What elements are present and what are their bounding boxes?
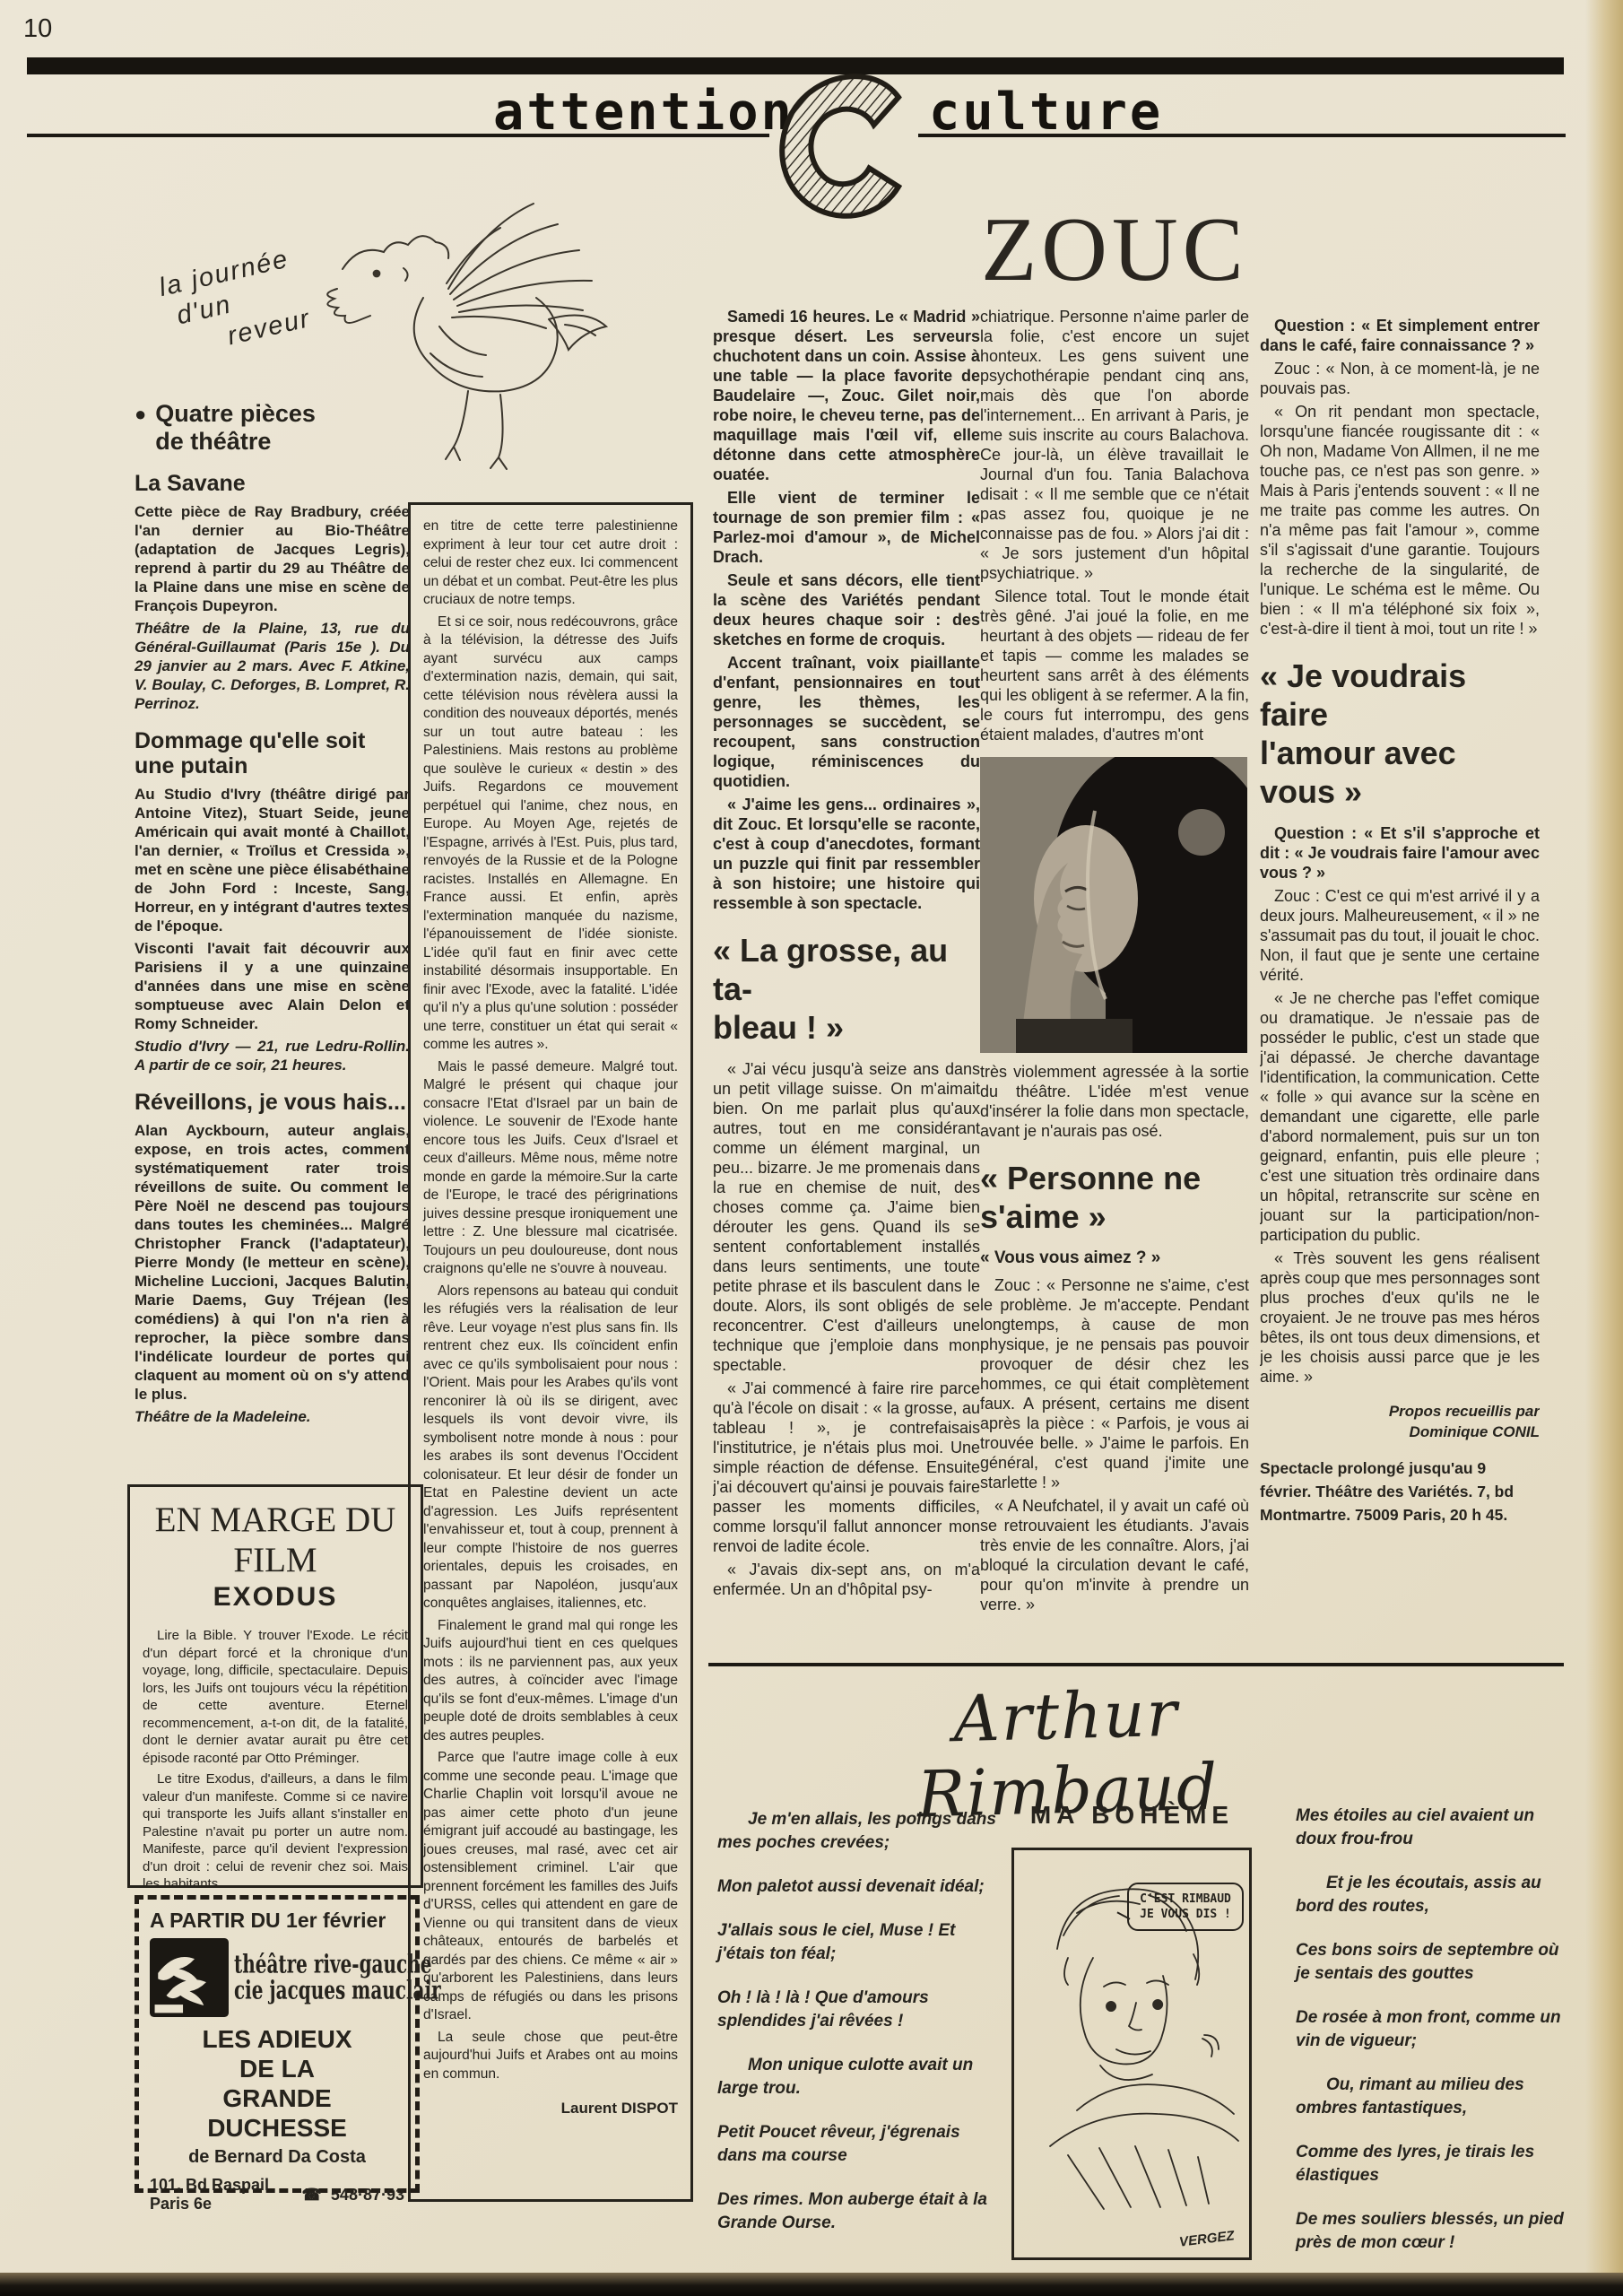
article-title: Réveillons, je vous hais... [135,1090,410,1115]
zouc-column-2: chiatrique. Personne n'aime parler de la… [980,307,1249,1618]
poem-stanza: Mon unique culotte avait un large trou. [717,2054,1002,2100]
paragraph: « J'avais dix-sept ans, on m'a enfermée.… [713,1560,980,1599]
rimbaud-sketch: C'EST RIMBAUD JE VOUS DIS ! VERGEZ [1011,1848,1252,2260]
paragraph: Visconti l'avait fait découvrir aux Pari… [135,939,410,1033]
zouc-col1-top: Samedi 16 heures. Le « Madrid » presque … [713,307,980,913]
exodus-title: EN MARGE DU FILM [143,1500,408,1580]
paragraph: Zouc : « Personne ne s'aime, c'est le pr… [980,1275,1249,1492]
theatre-articles: La SavaneCette pièce de Ray Bradbury, cr… [135,471,410,1426]
poem-stanza: Comme des lyres, je tirais les élastique… [1296,2141,1574,2187]
crosshead: l'amour avec [1260,734,1540,772]
zouc-col3-top: Question : « Et simplement entrer dans l… [1260,316,1540,639]
ad-address: 101, Bd Raspail Paris 6e [150,2176,293,2213]
poem-stanza: Des rimes. Mon auberge était à la Grande… [717,2188,1002,2235]
ad-brand: théâtre rive-gauche cie jacques mauclair [234,1952,514,2004]
paragraph: très violemment agressée à la sortie du … [980,1062,1249,1141]
zouc-column-1: Samedi 16 heures. Le « Madrid » presque … [713,307,980,1603]
heading-grosse: « La grosse, au ta-bleau ! » [713,931,980,1047]
ad-show-line: DE LA [150,2054,404,2083]
dreamer-caption: la journée d'un reveur [156,242,314,365]
theatre-column: ● Quatre pièces de théâtre La SavaneCett… [135,400,410,1430]
zouc-col3-rest: Question : « Et s'il s'approche et dit :… [1260,823,1540,1387]
byline-line: Propos recueillis par [1260,1401,1540,1422]
header-underline-right [918,134,1566,137]
ad-brand-row: théâtre rive-gauche cie jacques mauclair [150,1938,404,2017]
paragraph: Le titre Exodus, d'ailleurs, a dans le f… [143,1770,408,1888]
rimbaud-section-rule [708,1663,1564,1666]
section-heading-text: Quatre pièces de théâtre [155,400,348,456]
paragraph: Zouc : « Non, à ce moment-là, je ne pouv… [1260,359,1540,398]
paragraph: « A Neufchatel, il y avait un café où se… [980,1496,1249,1614]
subhead-vous-vous-aimez: « Vous vous aimez ? » [980,1248,1249,1268]
paragraph: « J'aime les gens... ordinaires », dit Z… [713,795,980,913]
paragraph: Accent traînant, voix piaillante d'enfan… [713,653,980,791]
paragraph: en titre de cette terre palestinienne ex… [423,517,678,610]
paragraph: Alors repensons au bateau qui conduit le… [423,1283,678,1613]
zouc-col1-rest: « J'ai vécu jusqu'à seize ans dans un pe… [713,1059,980,1599]
speech-bubble: C'EST RIMBAUD JE VOUS DIS ! [1127,1883,1244,1931]
ad-brand-line: théâtre rive-gauche [234,1951,441,1978]
venue-info: Spectacle prolongé jusqu'au 9 février. T… [1260,1457,1540,1526]
paragraph: Question : « Et simplement entrer dans l… [1260,316,1540,355]
paragraph: Alan Ayckbourn, auteur anglais, expose, … [135,1121,410,1404]
crosshead: bleau ! » [713,1008,980,1047]
poem-stanza: De rosée à mon front, comme un vin de vi… [1296,2006,1574,2053]
paragraph: La seule chose que peut-être aujourd'hui… [423,2029,678,2084]
paragraph: « On rit pendant mon spectacle, lorsqu'u… [1260,402,1540,639]
article-title: Dommage qu'elle soit une putain [135,728,410,778]
c-ornament-icon [769,66,929,221]
zouc-col2-top: chiatrique. Personne n'aime parler de la… [980,307,1249,744]
phone-icon: ☎ [302,2186,322,2205]
paragraph: Question : « Et s'il s'approche et dit :… [1260,823,1540,883]
crosshead: « Personne ne [980,1159,1249,1197]
paragraph: « Je ne cherche pas l'effet comique ou d… [1260,988,1540,1245]
ad-kicker: A PARTIR DU 1er février [150,1909,404,1933]
zouc-portrait-photo [980,757,1247,1053]
paragraph: Au Studio d'Ivry (théâtre dirigé par Ant… [135,785,410,935]
exodus-left-text: Lire la Bible. Y trouver l'Exode. Le réc… [143,1627,408,1888]
poem-stanza: De mes souliers blessés, un pied près de… [1296,2208,1574,2255]
paragraph: Lire la Bible. Y trouver l'Exode. Le réc… [143,1627,408,1767]
poem-right-column: Mes étoiles au ciel avaient un doux frou… [1296,1805,1574,2275]
poem-stanza: Ces bons soirs de septembre où je sentai… [1296,1939,1574,1986]
crosshead: « Je voudrais faire [1260,657,1540,734]
poem-stanza: Mes étoiles au ciel avaient un doux frou… [1296,1805,1574,1851]
poem-stanza: Je m'en allais, les poings dans mes poch… [717,1808,1002,1855]
page-number: 10 [23,14,52,44]
zouc-col2-rest: Zouc : « Personne ne s'aime, c'est le pr… [980,1275,1249,1614]
ad-show-line: GRANDE DUCHESSE [150,2083,404,2143]
paragraph: Studio d'Ivry — 21, rue Ledru-Rollin. A … [135,1037,410,1074]
poem-stanza: J'allais sous le ciel, Muse ! Et j'étais… [717,1919,1002,1966]
poem-stanza: Ou, rimant au milieu des ombres fantasti… [1296,2074,1574,2120]
zouc-column-3: Question : « Et simplement entrer dans l… [1260,316,1540,1526]
paragraph: Silence total. Tout le monde était très … [980,587,1249,744]
poem-left-column: Je m'en allais, les poings dans mes poch… [717,1808,1002,2256]
byline-line: Dominique CONIL [1260,1422,1540,1442]
bullet-icon: ● [135,400,146,456]
exodus-right-text: en titre de cette terre palestinienne ex… [423,517,678,2083]
exodus-box-left: EN MARGE DU FILM EXODUS Lire la Bible. Y… [127,1484,423,1888]
interview-byline: Propos recueillis parDominique CONIL [1260,1401,1540,1442]
paragraph: « Très souvent les gens réalisent après … [1260,1248,1540,1387]
poem-stanza: Oh ! là ! là ! Que d'amours splendides j… [717,1987,1002,2033]
exodus-box-right: en titre de cette terre palestinienne ex… [408,502,693,2202]
ad-phone: 548·87·93 [331,2186,404,2205]
ad-show-line: LES ADIEUX [150,2024,404,2054]
poem-title: MA BOHÈME [1009,1801,1255,1830]
paragraph: « J'ai vécu jusqu'à seize ans dans un pe… [713,1059,980,1375]
ad-address-row: 101, Bd Raspail Paris 6e ☎ 548·87·93 [150,2176,404,2213]
paragraph: Elle vient de terminer le tournage de so… [713,488,980,567]
header-underline-left [27,134,769,137]
newspaper-page: 10 attention culture la journée d'un rev… [0,0,1623,2296]
paragraph: Samedi 16 heures. Le « Madrid » presque … [713,307,980,484]
paragraph: Théâtre de la Madeleine. [135,1407,410,1426]
heading-personne: « Personne nes'aime » [980,1159,1249,1236]
theatre-ad: A PARTIR DU 1er février théâtre rive-gau… [135,1895,420,2193]
paragraph: Zouc : C'est ce qui m'est arrivé il y a … [1260,886,1540,985]
poem-right-stanzas: Mes étoiles au ciel avaient un doux frou… [1296,1805,1574,2255]
ad-brand-line: cie jacques mauclair [234,1977,441,2004]
paragraph: « J'ai commencé à faire rire parce qu'à … [713,1378,980,1556]
poem-stanza: Mon paletot aussi devenait idéal; [717,1875,1002,1899]
crosshead: « La grosse, au ta- [713,931,980,1008]
heading-amour: « Je voudrais fairel'amour avecvous » [1260,657,1540,811]
poem-stanza: Petit Poucet rêveur, j'égrenais dans ma … [717,2121,1002,2168]
ad-author: de Bernard Da Costa [150,2147,404,2168]
paragraph: Cette pièce de Ray Bradbury, créée l'an … [135,502,410,615]
zouc-col2-after-photo: très violemment agressée à la sortie du … [980,1062,1249,1141]
paragraph: Seule et sans décors, elle tient la scèn… [713,570,980,649]
scan-edge-right [1585,0,1623,2296]
crosshead: vous » [1260,772,1540,811]
paragraph: Et si ce soir, nous redécouvrons, grâce … [423,613,678,1055]
paragraph: Finalement le grand mal qui ronge les Ju… [423,1617,678,1746]
zouc-article-title: ZOUC [981,197,1248,302]
paragraph: Mais le passé demeure. Malgré tout. Malg… [423,1058,678,1279]
crosshead: s'aime » [980,1197,1249,1236]
poem-left-stanzas: Je m'en allais, les poings dans mes poch… [717,1808,1002,2235]
paragraph: chiatrique. Personne n'aime parler de la… [980,307,1249,583]
dove-logo-icon [150,1938,229,2017]
ad-show-title: LES ADIEUX DE LA GRANDE DUCHESSE [150,2024,404,2143]
scan-edge-bottom [0,2273,1623,2296]
paragraph: Théâtre de la Plaine, 13, rue du Général… [135,619,410,713]
exodus-byline: Laurent DISPOT [423,2100,678,2118]
section-heading: ● Quatre pièces de théâtre [135,400,410,456]
exodus-subtitle: EXODUS [143,1582,408,1613]
article-title: La Savane [135,471,410,496]
poem-stanza: Et je les écoutais, assis au bord des ro… [1296,1872,1574,1918]
